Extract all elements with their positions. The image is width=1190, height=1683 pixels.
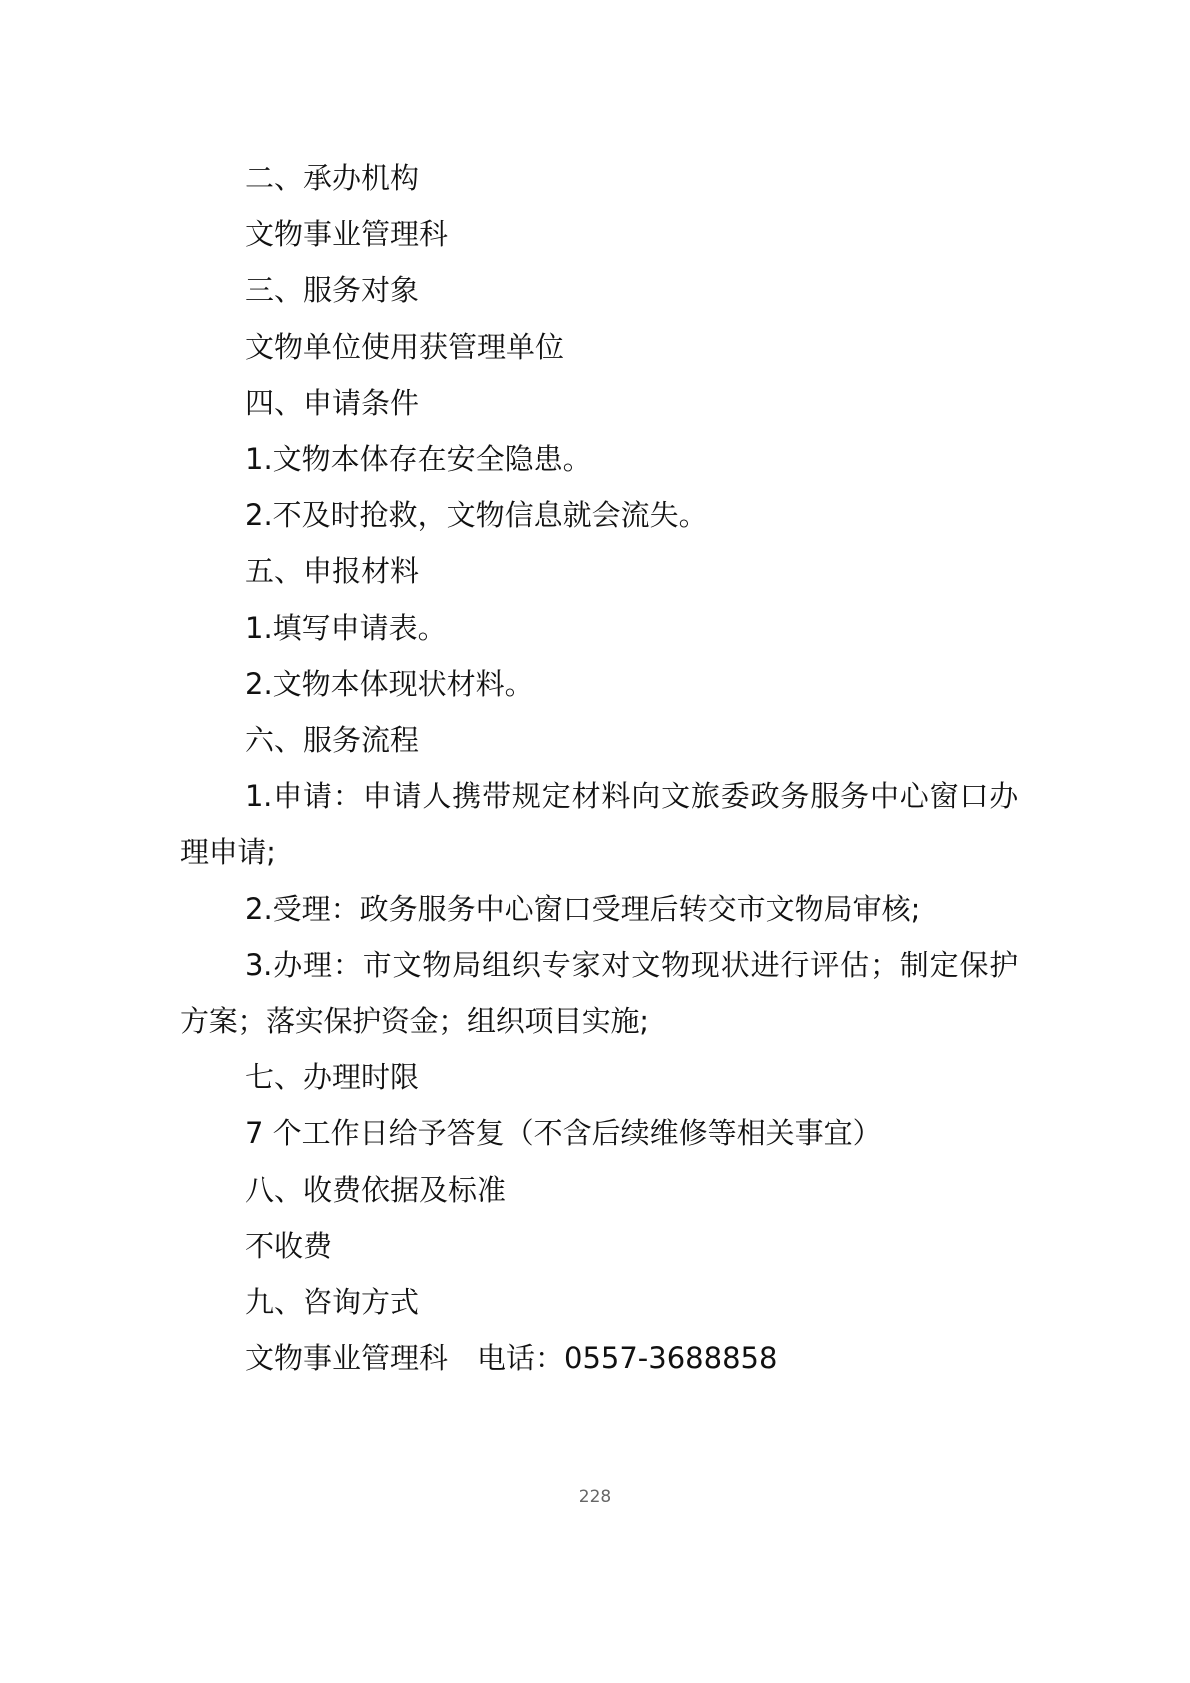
section-heading-organizer: 二、承办机构 — [180, 150, 1018, 206]
fees-text: 不收费 — [180, 1218, 1018, 1274]
process-step-accept: 2.受理：政务服务中心窗口受理后转交市文物局审核; — [180, 881, 1018, 937]
time-limit-text: 7 个工作日给予答复（不含后续维修等相关事宜） — [180, 1105, 1018, 1161]
condition-item-1: 1.文物本体存在安全隐患。 — [180, 431, 1018, 487]
document-body: 二、承办机构 文物事业管理科 三、服务对象 文物单位使用获管理单位 四、申请条件… — [180, 150, 1018, 1386]
section-heading-conditions: 四、申请条件 — [180, 375, 1018, 431]
process-step-apply: 1.申请：申请人携带规定材料向文旅委政务服务中心窗口办理申请; — [180, 768, 1018, 880]
material-item-2: 2.文物本体现状材料。 — [180, 656, 1018, 712]
document-page: 二、承办机构 文物事业管理科 三、服务对象 文物单位使用获管理单位 四、申请条件… — [0, 0, 1190, 1683]
condition-item-2: 2.不及时抢救，文物信息就会流失。 — [180, 487, 1018, 543]
page-number: 228 — [0, 1487, 1190, 1507]
section-heading-contact: 九、咨询方式 — [180, 1274, 1018, 1330]
section-heading-time-limit: 七、办理时限 — [180, 1049, 1018, 1105]
section-heading-process: 六、服务流程 — [180, 712, 1018, 768]
service-target-text: 文物单位使用获管理单位 — [180, 319, 1018, 375]
section-heading-materials: 五、申报材料 — [180, 543, 1018, 599]
contact-text: 文物事业管理科 电话：0557-3688858 — [180, 1330, 1018, 1386]
section-heading-service-target: 三、服务对象 — [180, 262, 1018, 318]
organizer-text: 文物事业管理科 — [180, 206, 1018, 262]
process-step-handle: 3.办理：市文物局组织专家对文物现状进行评估；制定保护方案；落实保护资金；组织项… — [180, 937, 1018, 1049]
material-item-1: 1.填写申请表。 — [180, 600, 1018, 656]
section-heading-fees: 八、收费依据及标准 — [180, 1162, 1018, 1218]
